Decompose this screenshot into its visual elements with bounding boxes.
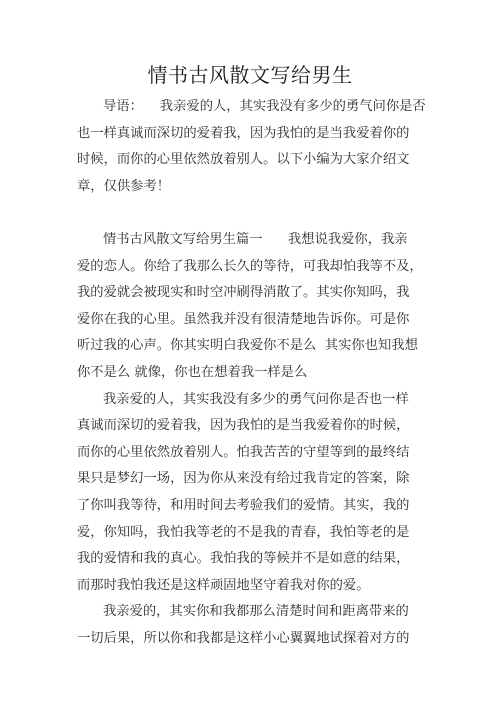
text-line: 我的爱就会被现实和时空冲刷得消散了。其实你知吗，我	[77, 280, 413, 307]
document-body: 导语： 我亲爱的人，其实我没有多少的勇气问你是否 也一样真诚而深切的爱着我，因为…	[77, 94, 413, 652]
text-line: 而那时我怕我还是这样顽固地坚守着我对你的爱。	[77, 573, 413, 600]
text-line: 我亲爱的，其实你和我都那么清楚时间和距离带来的	[77, 599, 413, 626]
text-line: 我的爱情和我的真心。我怕我的等候并不是如意的结果，	[77, 546, 413, 573]
text-line: 导语： 我亲爱的人，其实我没有多少的勇气问你是否	[77, 94, 413, 121]
text-line: 时候，而你的心里依然放着别人。以下小编为大家介绍文	[77, 147, 413, 174]
text-line: 而你的心里依然放着别人。怕我苦苦的守望等到的最终结	[77, 440, 413, 467]
text-line: 也一样真诚而深切的爱着我，因为我怕的是当我爱着你的	[77, 121, 413, 148]
text-line: 爱的恋人。你给了我那么长久的等待，可我却怕我等不及，	[77, 254, 413, 281]
text-line: 章，仅供参考！	[77, 174, 413, 201]
text-line: 爱你在我的心里。虽然我并没有很清楚地告诉你。可是你	[77, 307, 413, 334]
blank-line	[77, 200, 413, 227]
text-line: 我亲爱的人，其实我没有多少的勇气问你是否也一样	[77, 387, 413, 414]
document-page: 情书古风散文写给男生 导语： 我亲爱的人，其实我没有多少的勇气问你是否 也一样真…	[0, 0, 500, 707]
text-line: 真诚而深切的爱着我，因为我怕的是当我爱着你的时候，	[77, 413, 413, 440]
text-line: 你不是么 就像，你也在想着我一样是么	[77, 360, 413, 387]
text-line: 爱，你知吗，我怕我等老的不是我的青春，我怕等老的是	[77, 520, 413, 547]
text-line: 一切后果，所以你和我都是这样小心翼翼地试探着对方的	[77, 626, 413, 653]
text-line: 听过我的心声。你其实明白我爱你不是么 其实你也知我想	[77, 333, 413, 360]
text-line: 果只是梦幻一场，因为你从来没有给过我肯定的答案，除	[77, 466, 413, 493]
text-line: 情书古风散文写给男生篇一 我想说我爱你，我亲	[77, 227, 413, 254]
text-line: 了你叫我等待，和用时间去考验我们的爱情。其实，我的	[77, 493, 413, 520]
document-title: 情书古风散文写给男生	[0, 62, 500, 88]
